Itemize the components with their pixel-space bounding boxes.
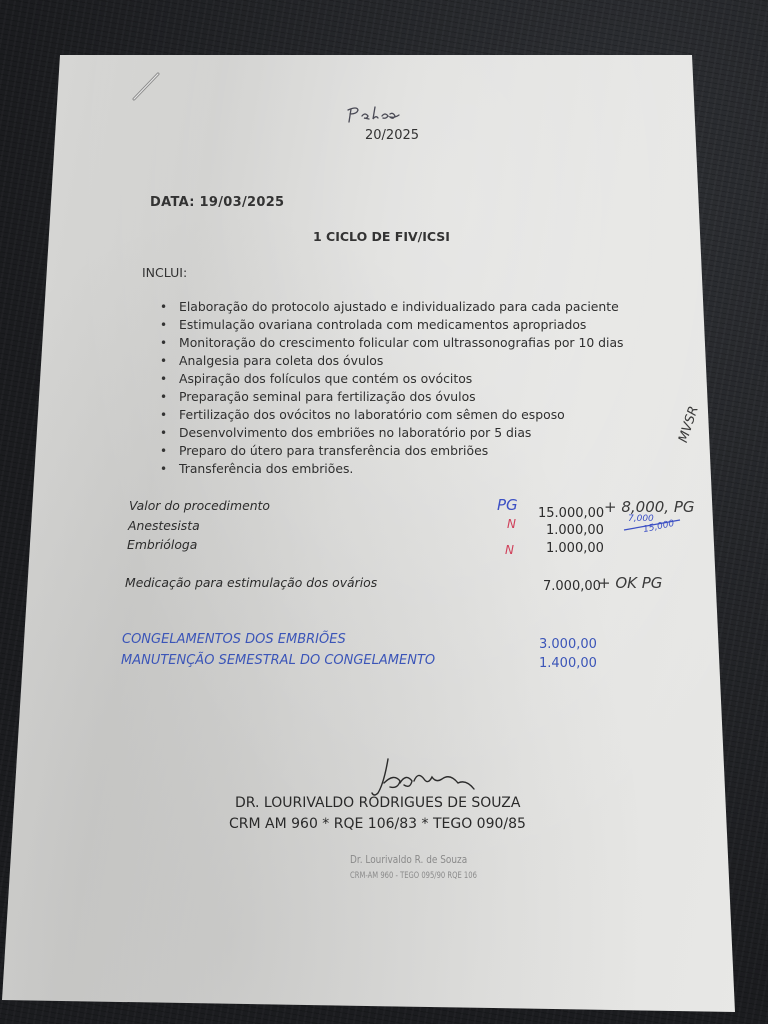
- includes-list: Elaboração do protocolo ajustado e indiv…: [160, 298, 624, 478]
- freezing-value: 3.000,00: [539, 637, 597, 652]
- handwritten-medication-note: + OK PG: [598, 574, 662, 592]
- doctor-registrations: CRM AM 960 * RQE 106/83 * TEGO 090/85: [229, 816, 526, 832]
- list-item: Estimulação ovariana controlada com medi…: [160, 316, 624, 334]
- handwritten-n-mark: N: [507, 517, 516, 531]
- list-item: Elaboração do protocolo ajustado e indiv…: [160, 298, 624, 316]
- stamp-registrations: CRM-AM 960 - TEGO 095/90 RQE 106: [350, 871, 477, 881]
- freezing-maintenance-value: 1.400,00: [539, 656, 597, 671]
- handwritten-paid-mark: PG: [497, 496, 518, 514]
- cost-value-embryologist: 1.000,00: [546, 541, 604, 556]
- includes-heading: INCLUI:: [142, 265, 187, 280]
- cost-value-anesthetist: 1.000,00: [546, 523, 604, 538]
- doctor-name: DR. LOURIVALDO RODRIGUES DE SOUZA: [235, 795, 520, 811]
- list-item: Fertilização dos ovócitos no laboratório…: [160, 406, 624, 424]
- list-item: Transferência dos embriões.: [160, 460, 624, 478]
- handwritten-partial-amount: 7,000: [628, 514, 654, 524]
- list-item: Aspiração dos folículos que contém os ov…: [160, 370, 624, 388]
- cost-value-medication: 7.000,00: [543, 579, 601, 594]
- list-item: Analgesia para coleta dos óvulos: [160, 352, 624, 370]
- cost-label-anesthetist: Anestesista: [128, 518, 200, 533]
- handwritten-n-mark: N: [505, 543, 514, 557]
- document-date: DATA: 19/03/2025: [150, 195, 284, 210]
- reference-number: 20/2025: [365, 128, 419, 143]
- list-item: Monitoração do crescimento folicular com…: [160, 334, 624, 352]
- freezing-label: CONGELAMENTOS DOS EMBRIÕES: [122, 632, 346, 647]
- list-item: Preparação seminal para fertilização dos…: [160, 388, 624, 406]
- cost-value-procedure: 15.000,00: [538, 506, 604, 521]
- stamp-name: Dr. Lourivaldo R. de Souza: [350, 854, 467, 866]
- cost-label-procedure: Valor do procedimento: [129, 498, 270, 513]
- document-title: 1 CICLO DE FIV/ICSI: [313, 229, 450, 244]
- list-item: Preparo do útero para transferência dos …: [160, 442, 624, 460]
- cost-label-medication: Medicação para estimulação dos ovários: [125, 575, 377, 590]
- list-item: Desenvolvimento dos embriões no laborató…: [160, 424, 624, 442]
- cost-label-embryologist: Embrióloga: [127, 537, 197, 552]
- freezing-maintenance-label: MANUTENÇÃO SEMESTRAL DO CONGELAMENTO: [121, 653, 435, 668]
